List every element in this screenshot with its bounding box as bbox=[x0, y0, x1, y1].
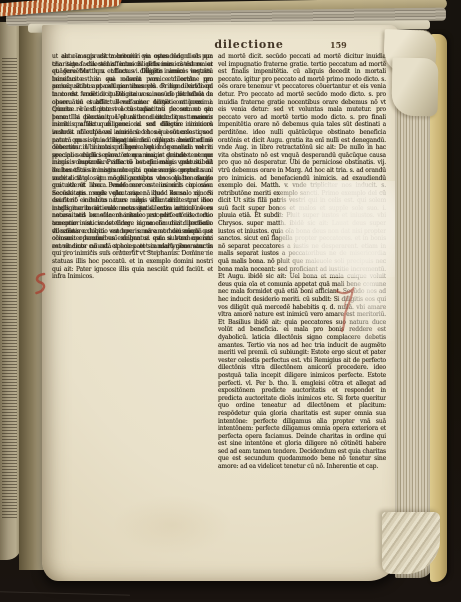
cover-board-edge bbox=[430, 34, 447, 582]
folio-number: 159 bbox=[330, 40, 370, 50]
book-scan-photo: dilectione 159 ut actu magis est meritor… bbox=[0, 0, 461, 602]
book-page-recto: dilectione 159 ut actu magis est meritor… bbox=[42, 25, 398, 581]
rubricated-initial-icon bbox=[32, 272, 48, 296]
chapter-body-text: ale oīa supradicta breuiori via ostendēd… bbox=[52, 53, 213, 252]
text-column-left: ut actu magis est meritoriū qm opus magn… bbox=[52, 53, 213, 525]
facing-page-text-texture bbox=[2, 58, 17, 518]
facing-page-edge bbox=[0, 22, 21, 560]
rubricator-flourish-icon bbox=[334, 287, 356, 333]
scanner-artifact-line bbox=[0, 591, 130, 595]
corner-curl-top bbox=[391, 58, 438, 117]
